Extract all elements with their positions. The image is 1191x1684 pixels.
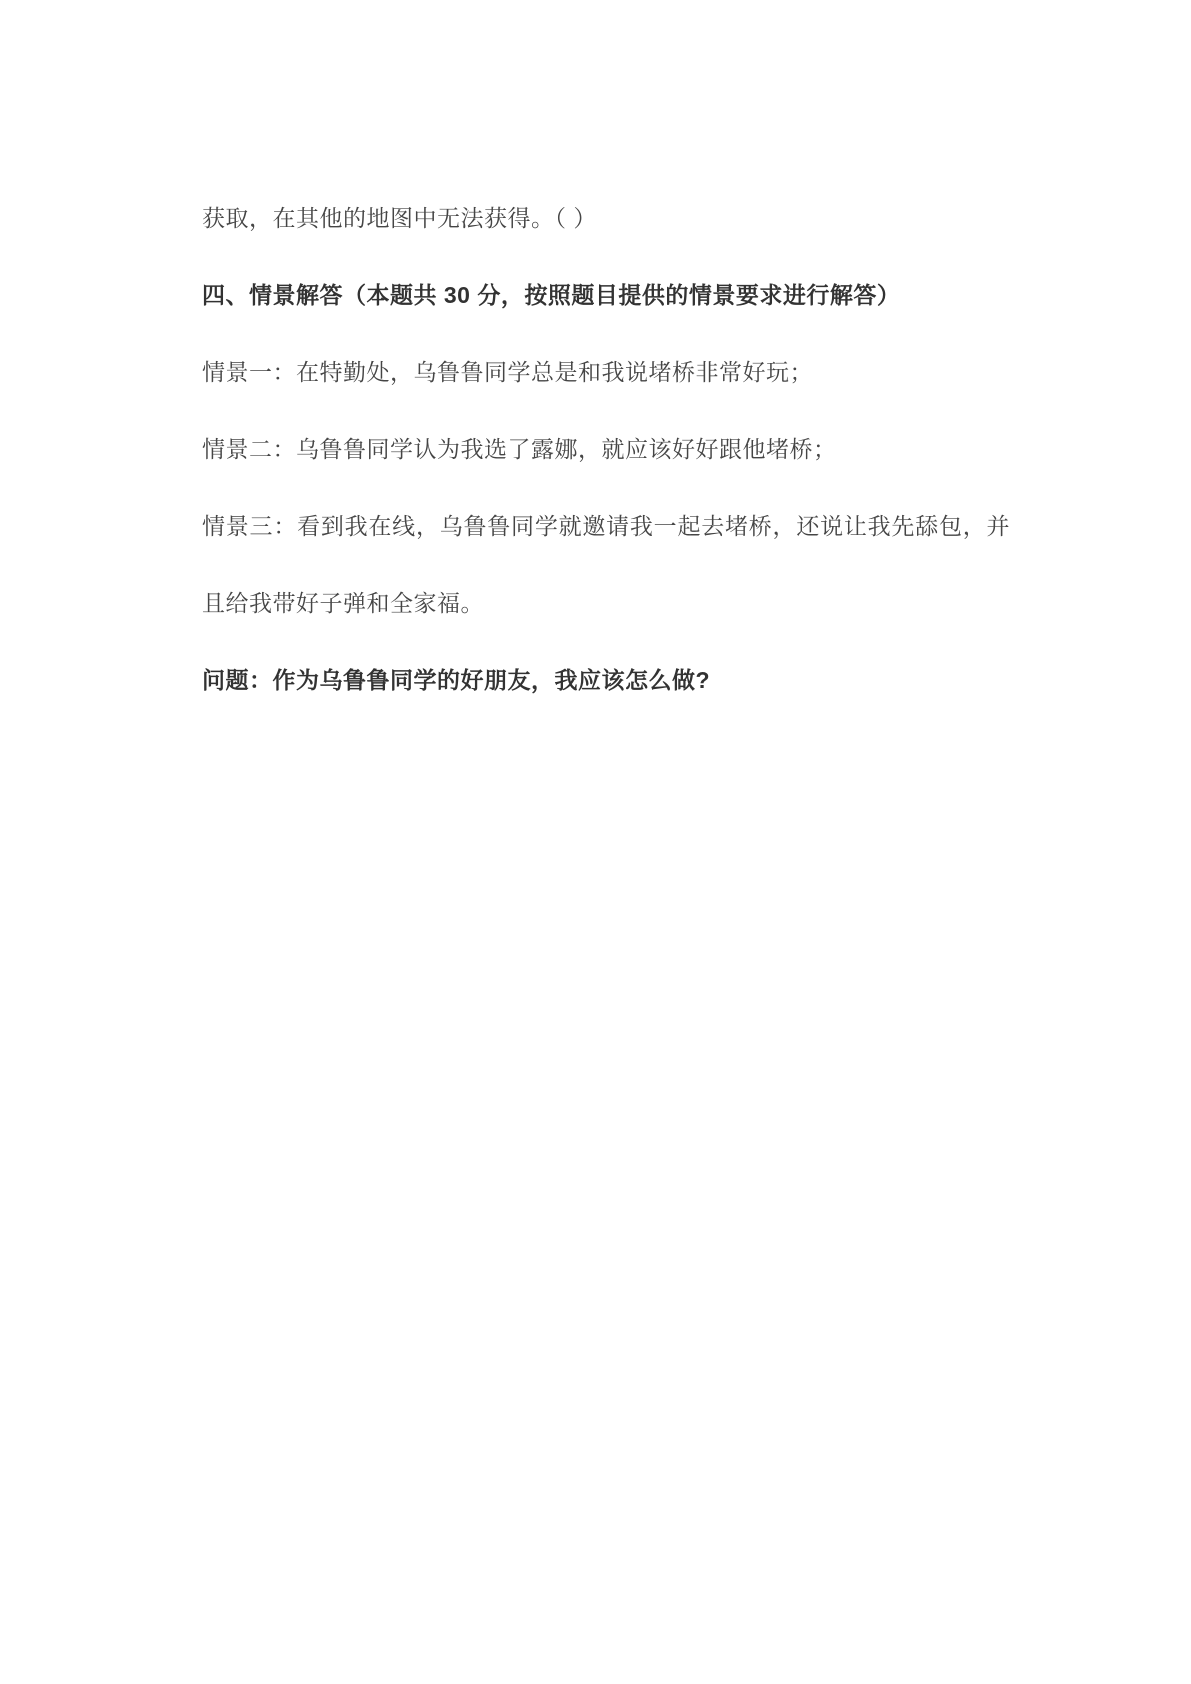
question-tail-line: 获取，在其他的地图中无法获得。（ ） xyxy=(202,204,1010,232)
scenario-1-line: 情景一：在特勤处，乌鲁鲁同学总是和我说堵桥非常好玩； xyxy=(202,358,1010,386)
section-heading-scenario-answers: 四、情景解答（本题共 30 分，按照题目提供的情景要求进行解答） xyxy=(202,281,1010,309)
scenario-3-line-1: 情景三：看到我在线，乌鲁鲁同学就邀请我一起去堵桥，还说让我先舔包，并 xyxy=(202,512,1010,540)
document-page: 获取，在其他的地图中无法获得。（ ） 四、情景解答（本题共 30 分，按照题目提… xyxy=(0,0,1191,1684)
scenario-3-line-2: 且给我带好子弹和全家福。 xyxy=(202,589,1010,617)
question-prompt-line: 问题：作为乌鲁鲁同学的好朋友，我应该怎么做? xyxy=(202,666,1010,694)
document-content: 获取，在其他的地图中无法获得。（ ） 四、情景解答（本题共 30 分，按照题目提… xyxy=(202,204,1010,694)
scenario-2-line: 情景二：乌鲁鲁同学认为我选了露娜，就应该好好跟他堵桥； xyxy=(202,435,1010,463)
